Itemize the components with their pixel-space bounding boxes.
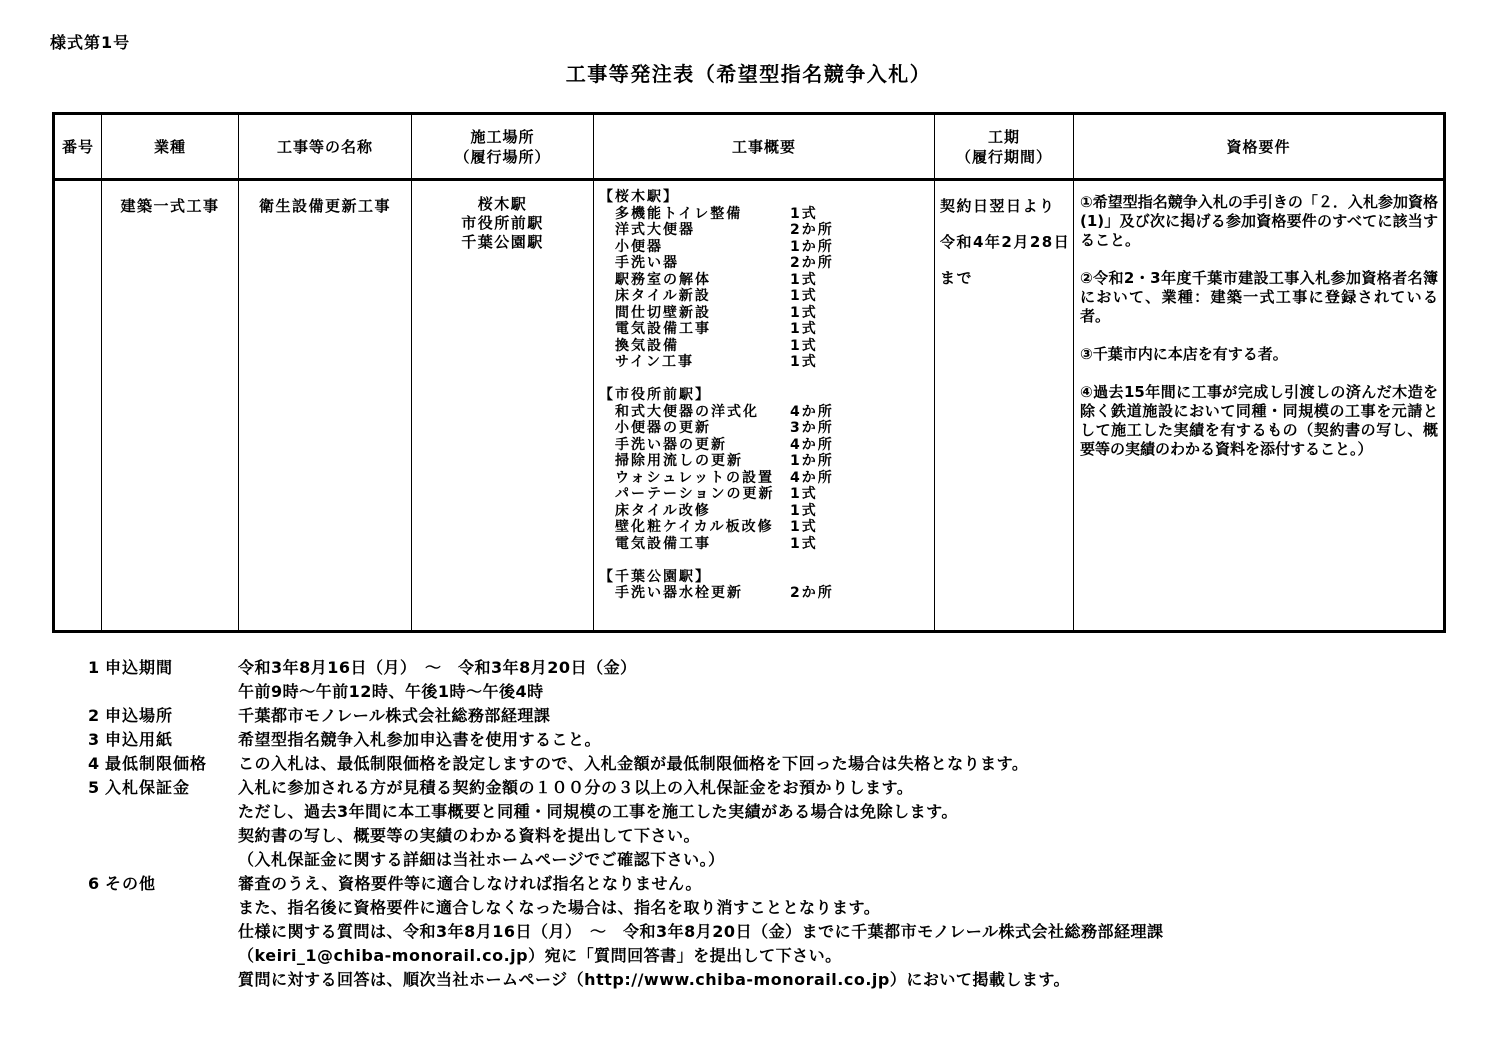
note-line: 4 最低制限価格 この入札は、最低制限価格を設定しますので、入札金額が最低制限価… <box>88 752 1163 776</box>
overview-line: 電気設備工事 1式 <box>599 321 930 338</box>
overview-item-name: 洋式大便器 <box>599 222 790 239</box>
overview-item-qty: 1式 <box>790 321 818 338</box>
note-number: 6 <box>88 872 105 896</box>
overview-item-qty: 4か所 <box>790 437 834 454</box>
overview-item-qty: 1式 <box>790 338 818 355</box>
note-text: 質問に対する回答は、順次当社ホームページ（http://www.chiba-mo… <box>238 968 1070 992</box>
note-label: 申込期間 <box>105 656 238 680</box>
note-line: 5 入札保証金 入札に参加される方が見積る契約金額の１００分の３以上の入札保証金… <box>88 776 1163 800</box>
overview-line: 壁化粧ケイカル板改修 1式 <box>599 519 930 536</box>
overview-line: 和式大便器の洋式化 4か所 <box>599 404 930 421</box>
overview-item-qty: 4か所 <box>790 404 834 421</box>
note-number: 5 <box>88 776 105 800</box>
overview-item-name: 駅務室の解体 <box>599 272 790 289</box>
overview-line: パーテーションの更新 1式 <box>599 486 930 503</box>
note-label: 最低制限価格 <box>105 752 238 776</box>
qualification-paragraph: ④過去15年間に工事が完成し引渡しの済んだ木造を除く鉄道施設において同種・同規模… <box>1080 383 1438 459</box>
cell-industry: 建築一式工事 <box>102 180 239 632</box>
note-number <box>88 824 105 848</box>
period-line: 令和4年2月28日 <box>940 233 1071 252</box>
overview-item-name: 手洗い器 <box>599 255 790 272</box>
note-line: 仕様に関する質問は、令和3年8月16日（月） ～ 令和3年8月20日（金）までに… <box>88 920 1163 944</box>
overview-line: 手洗い器の更新 4か所 <box>599 437 930 454</box>
overview-line: サイン工事 1式 <box>599 354 930 371</box>
overview-item-qty: 1か所 <box>790 453 834 470</box>
overview-item-qty: 2か所 <box>790 222 834 239</box>
note-label: 申込場所 <box>105 704 238 728</box>
overview-line: 駅務室の解体 1式 <box>599 272 930 289</box>
overview-item-name: 間仕切壁新設 <box>599 305 790 322</box>
note-line: 6 その他 審査のうえ、資格要件等に適合しなければ指名となりません。 <box>88 872 1163 896</box>
note-number <box>88 800 105 824</box>
overview-item-qty: 3か所 <box>790 420 834 437</box>
note-number <box>88 968 105 992</box>
overview-line: 【桜木駅】 <box>599 189 930 206</box>
overview-item-qty: 1式 <box>790 206 818 223</box>
overview-item-name: サイン工事 <box>599 354 790 371</box>
overview-item-name: 小便器 <box>599 239 790 256</box>
qualification-paragraph: ①希望型指名競争入札の手引きの「２．入札参加資格(1)」及び次に掲げる参加資格要… <box>1080 193 1438 250</box>
overview-item-name: ウォシュレットの設置 <box>599 470 790 487</box>
note-text: 入札に参加される方が見積る契約金額の１００分の３以上の入札保証金をお預かりします… <box>238 776 913 800</box>
overview-item-name: 【市役所前駅】 <box>599 387 790 404</box>
overview-item-name <box>599 552 790 569</box>
note-label <box>105 800 238 824</box>
overview-item-name: 床タイル新設 <box>599 288 790 305</box>
overview-item-qty: 1式 <box>790 288 818 305</box>
note-label: 入札保証金 <box>105 776 238 800</box>
overview-item-qty: 1式 <box>790 536 818 553</box>
overview-line: 多機能トイレ整備 1式 <box>599 206 930 223</box>
overview-line: 床タイル改修 1式 <box>599 503 930 520</box>
col-header-project-name: 工事等の名称 <box>239 114 412 180</box>
overview-item-name <box>599 371 790 388</box>
overview-item-qty: 2か所 <box>790 255 834 272</box>
overview-line: 【千葉公園駅】 <box>599 569 930 586</box>
overview-item-name: 掃除用流しの更新 <box>599 453 790 470</box>
note-text: 千葉都市モノレール株式会社総務部経理課 <box>238 704 550 728</box>
overview-item-name: 床タイル改修 <box>599 503 790 520</box>
note-text: 午前9時～午前12時、午後1時～午後4時 <box>238 680 544 704</box>
qualification-paragraph: ②令和2・3年度千葉市建設工事入札参加資格者名簿において、業種：建築一式工事に登… <box>1080 269 1438 326</box>
note-text: 契約書の写し、概要等の実績のわかる資料を提出して下さい。 <box>238 824 700 848</box>
cell-project-name: 衛生設備更新工事 <box>239 180 412 632</box>
note-label <box>105 824 238 848</box>
note-text: 希望型指名競争入札参加申込書を使用すること。 <box>238 728 601 752</box>
overview-line: ウォシュレットの設置 4か所 <box>599 470 930 487</box>
overview-line: 手洗い器 2か所 <box>599 255 930 272</box>
note-number: 1 <box>88 656 105 680</box>
overview-line <box>599 371 930 388</box>
overview-item-name: 【千葉公園駅】 <box>599 569 790 586</box>
note-line: 質問に対する回答は、順次当社ホームページ（http://www.chiba-mo… <box>88 968 1163 992</box>
col-header-location: 施工場所 （履行場所） <box>412 114 594 180</box>
note-label <box>105 848 238 872</box>
document-page: 様式第1号 工事等発注表（希望型指名競争入札） 番号 業種 工事等の名称 施工場… <box>0 0 1497 1058</box>
note-number <box>88 848 105 872</box>
overview-line: 電気設備工事 1式 <box>599 536 930 553</box>
note-line: 2 申込場所 千葉都市モノレール株式会社総務部経理課 <box>88 704 1163 728</box>
period-line: まで <box>940 269 1071 288</box>
cell-qualifications: ①希望型指名競争入札の手引きの「２．入札参加資格(1)」及び次に掲げる参加資格要… <box>1074 180 1445 632</box>
overview-item-qty: 1式 <box>790 305 818 322</box>
table-row: 建築一式工事 衛生設備更新工事 桜木駅市役所前駅千葉公園駅 【桜木駅】 <box>54 180 1445 632</box>
overview-item-name: 電気設備工事 <box>599 321 790 338</box>
overview-item-qty: 1式 <box>790 354 818 371</box>
note-line: （入札保証金に関する詳細は当社ホームページでご確認下さい。） <box>88 848 1163 872</box>
overview-line: 掃除用流しの更新 1か所 <box>599 453 930 470</box>
overview-item-qty: 4か所 <box>790 470 834 487</box>
qualification-paragraph: ③千葉市内に本店を有する者。 <box>1080 345 1438 364</box>
col-header-number: 番号 <box>54 114 102 180</box>
location-line: 千葉公園駅 <box>412 233 593 252</box>
note-label <box>105 680 238 704</box>
note-line: 1 申込期間 令和3年8月16日（月） ～ 令和3年8月20日（金） <box>88 656 1163 680</box>
note-number: 3 <box>88 728 105 752</box>
notes-section: 1 申込期間 令和3年8月16日（月） ～ 令和3年8月20日（金） 午前9時～… <box>88 656 1163 992</box>
note-number <box>88 920 105 944</box>
overview-item-name: 手洗い器の更新 <box>599 437 790 454</box>
col-header-overview: 工事概要 <box>594 114 935 180</box>
note-label <box>105 896 238 920</box>
location-line: 桜木駅 <box>412 195 593 214</box>
note-text: 審査のうえ、資格要件等に適合しなければ指名となりません。 <box>238 872 702 896</box>
overview-item-name: 換気設備 <box>599 338 790 355</box>
overview-line: 手洗い器水栓更新 2か所 <box>599 585 930 602</box>
note-text: 令和3年8月16日（月） ～ 令和3年8月20日（金） <box>238 656 637 680</box>
note-line: 3 申込用紙 希望型指名競争入札参加申込書を使用すること。 <box>88 728 1163 752</box>
overview-line <box>599 552 930 569</box>
order-table: 番号 業種 工事等の名称 施工場所 （履行場所） 工事概要 工期 （履行期間） … <box>52 112 1446 633</box>
overview-item-name: 電気設備工事 <box>599 536 790 553</box>
overview-line: 床タイル新設 1式 <box>599 288 930 305</box>
note-label <box>105 944 238 968</box>
cell-period: 契約日翌日より令和4年2月28日まで <box>935 180 1074 632</box>
cell-number <box>54 180 102 632</box>
cell-overview: 【桜木駅】 多機能トイレ整備 1式 洋式大便器 2か所 <box>594 180 935 632</box>
note-number: 4 <box>88 752 105 776</box>
overview-line: 換気設備 1式 <box>599 338 930 355</box>
note-text: （keiri_1@chiba-monorail.co.jp）宛に「質問回答書」を… <box>238 944 842 968</box>
period-line: 契約日翌日より <box>940 197 1071 216</box>
note-text: また、指名後に資格要件に適合しなくなった場合は、指名を取り消すこととなります。 <box>238 896 880 920</box>
note-label <box>105 968 238 992</box>
overview-line: 小便器の更新 3か所 <box>599 420 930 437</box>
cell-locations: 桜木駅市役所前駅千葉公園駅 <box>412 180 594 632</box>
note-text: 仕様に関する質問は、令和3年8月16日（月） ～ 令和3年8月20日（金）までに… <box>238 920 1163 944</box>
overview-item-qty: 1式 <box>790 486 818 503</box>
col-header-qualifications: 資格要件 <box>1074 114 1445 180</box>
note-label: その他 <box>105 872 238 896</box>
overview-item-qty: 1式 <box>790 272 818 289</box>
note-label <box>105 920 238 944</box>
overview-item-qty: 1か所 <box>790 239 834 256</box>
note-number <box>88 680 105 704</box>
overview-item-name: パーテーションの更新 <box>599 486 790 503</box>
overview-item-qty: 2か所 <box>790 585 834 602</box>
overview-item-qty: 1式 <box>790 519 818 536</box>
note-number: 2 <box>88 704 105 728</box>
form-number: 様式第1号 <box>50 30 130 53</box>
overview-line: 間仕切壁新設 1式 <box>599 305 930 322</box>
note-text: この入札は、最低制限価格を設定しますので、入札金額が最低制限価格を下回った場合は… <box>238 752 1028 776</box>
note-text: （入札保証金に関する詳細は当社ホームページでご確認下さい。） <box>238 848 725 872</box>
overview-item-name: 壁化粧ケイカル板改修 <box>599 519 790 536</box>
note-line: 契約書の写し、概要等の実績のわかる資料を提出して下さい。 <box>88 824 1163 848</box>
overview-line: 【市役所前駅】 <box>599 387 930 404</box>
table-header-row: 番号 業種 工事等の名称 施工場所 （履行場所） 工事概要 工期 （履行期間） … <box>54 114 1445 180</box>
page-title: 工事等発注表（希望型指名競争入札） <box>0 58 1497 87</box>
note-line: （keiri_1@chiba-monorail.co.jp）宛に「質問回答書」を… <box>88 944 1163 968</box>
note-line: 午前9時～午前12時、午後1時～午後4時 <box>88 680 1163 704</box>
col-header-industry: 業種 <box>102 114 239 180</box>
overview-item-name: 手洗い器水栓更新 <box>599 585 790 602</box>
overview-item-qty: 1式 <box>790 503 818 520</box>
col-header-period: 工期 （履行期間） <box>935 114 1074 180</box>
note-label: 申込用紙 <box>105 728 238 752</box>
note-number <box>88 896 105 920</box>
note-line: また、指名後に資格要件に適合しなくなった場合は、指名を取り消すこととなります。 <box>88 896 1163 920</box>
note-number <box>88 944 105 968</box>
overview-item-name: 【桜木駅】 <box>599 189 790 206</box>
overview-line: 小便器 1か所 <box>599 239 930 256</box>
overview-item-name: 和式大便器の洋式化 <box>599 404 790 421</box>
note-line: ただし、過去3年間に本工事概要と同種・同規模の工事を施工した実績がある場合は免除… <box>88 800 1163 824</box>
note-text: ただし、過去3年間に本工事概要と同種・同規模の工事を施工した実績がある場合は免除… <box>238 800 958 824</box>
location-line: 市役所前駅 <box>412 214 593 233</box>
overview-item-name: 多機能トイレ整備 <box>599 206 790 223</box>
overview-line: 洋式大便器 2か所 <box>599 222 930 239</box>
overview-item-name: 小便器の更新 <box>599 420 790 437</box>
